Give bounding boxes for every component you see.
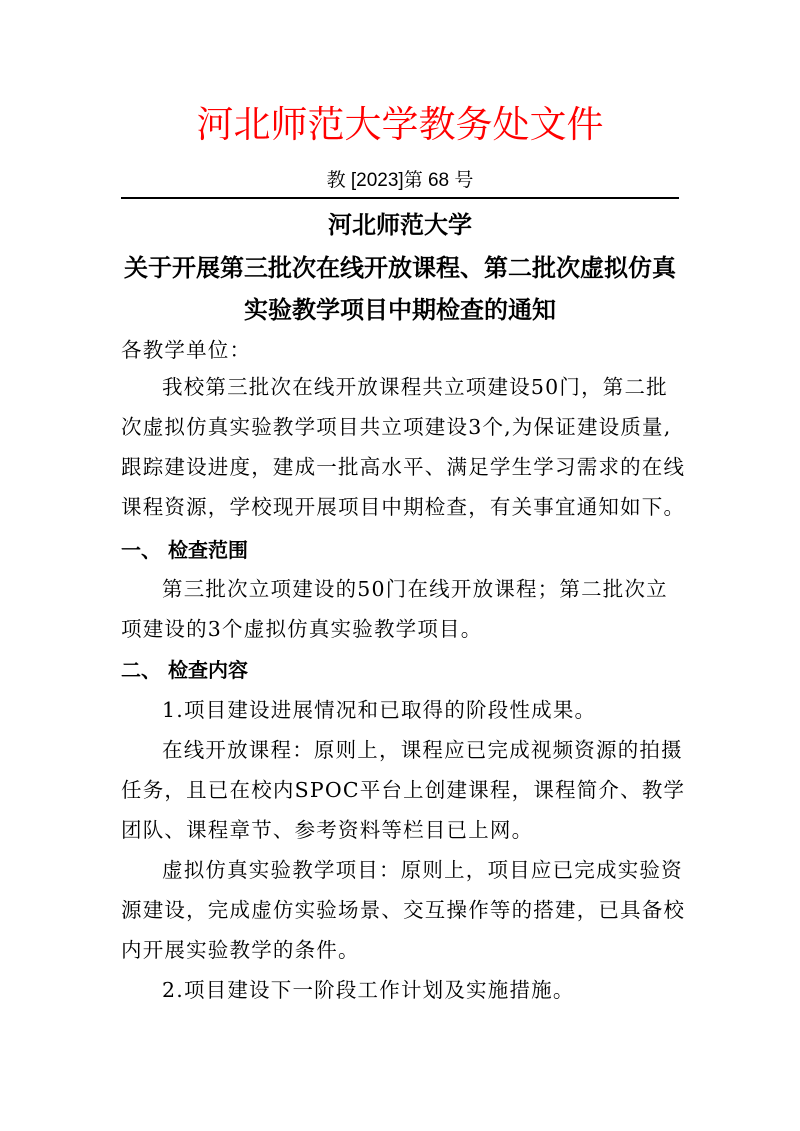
virtual-sim-line: 内开展实验教学的条件。 [121,935,360,965]
scope-line: 第三批次立项建设的50门在线开放课程；第二批次立 [162,574,668,604]
intro-line: 我校第三批次在线开放课程共立项建设50门，第二批 [162,372,668,402]
issuer-title: 河北师范大学教务处文件 [0,100,800,150]
online-course-line: 在线开放课程：原则上，课程应已完成视频资源的拍摄 [162,735,683,765]
content-item-2: 2.项目建设下一阶段工作计划及实施措施。 [162,975,575,1005]
document-number: 教 [2023]第 68 号 [0,168,800,194]
header-divider [121,197,679,199]
intro-line: 跟踪建设进度，建成一批高水平、满足学生学习需求的在线 [121,452,685,482]
salutation: 各教学单位： [121,335,251,365]
notice-title-line-1: 河北师范大学 [0,209,800,241]
notice-title-line-2: 关于开展第三批次在线开放课程、第二批次虚拟仿真 [0,252,800,284]
online-course-line: 团队、课程章节、参考资料等栏目已上网。 [121,815,533,845]
content-item-1: 1.项目建设进展情况和已取得的阶段性成果。 [162,695,596,725]
online-course-line: 任务，且已在校内SPOC平台上创建课程，课程简介、教学 [121,775,685,805]
notice-title-line-3: 实验教学项目中期检查的通知 [0,294,800,326]
section-heading-content: 二、 检查内容 [121,655,248,685]
virtual-sim-line: 源建设，完成虚仿实验场景、交互操作等的搭建，已具备校 [121,895,685,925]
virtual-sim-line: 虚拟仿真实验教学项目：原则上，项目应已完成实验资 [162,855,683,885]
section-heading-scope: 一、 检查范围 [121,535,248,565]
document-page: 河北师范大学教务处文件 教 [2023]第 68 号 河北师范大学 关于开展第三… [0,0,800,1131]
intro-line: 课程资源，学校现开展项目中期检查，有关事宜通知如下。 [121,492,685,522]
intro-line: 次虚拟仿真实验教学项目共立项建设3个,为保证建设质量, [121,412,671,442]
scope-line: 项建设的3个虚拟仿真实验教学项目。 [121,614,482,644]
